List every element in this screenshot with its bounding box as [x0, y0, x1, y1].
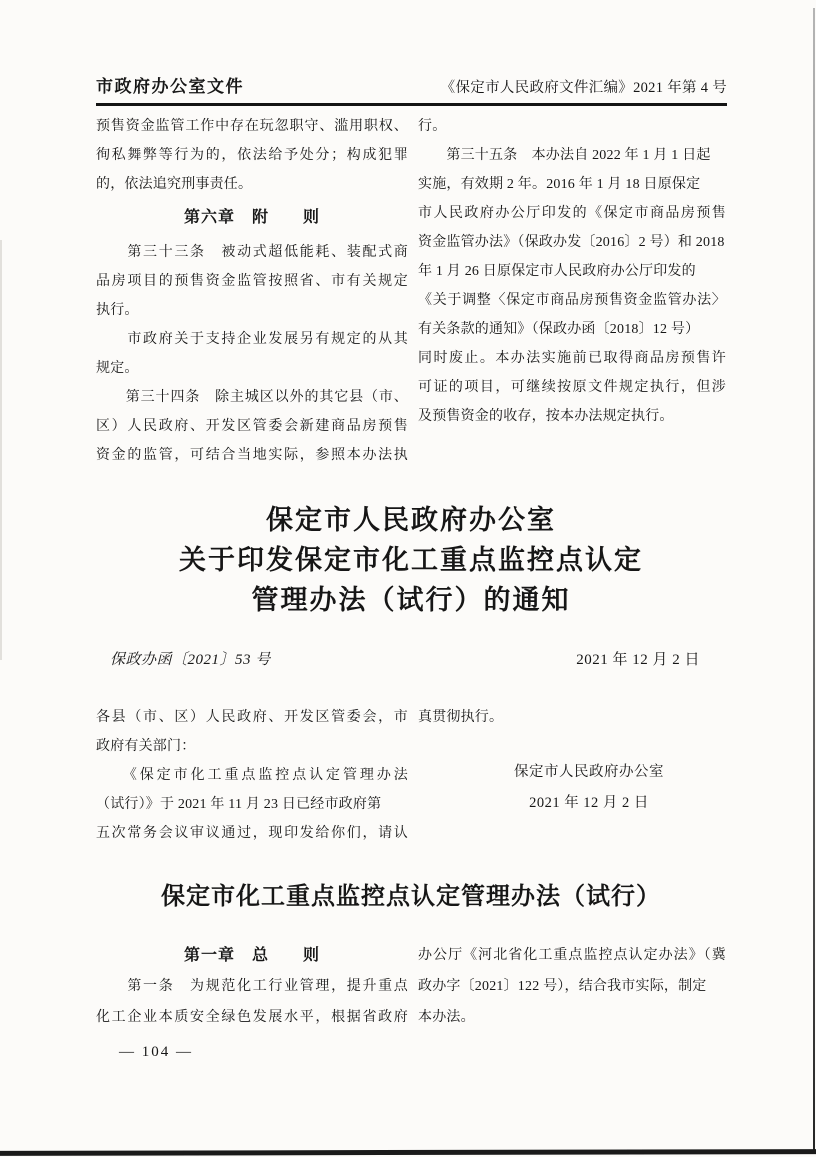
page-header: 市政府办公室文件 《保定市人民政府文件汇编》2021 年第 4 号	[96, 72, 727, 106]
text-line: 第三十五条 本办法自 2022 年 1 月 1 日起	[418, 141, 726, 170]
text-line: 区）人民政府、开发区管委会新建商品房预售	[96, 412, 408, 441]
signature-name: 保定市人民政府办公室	[452, 757, 726, 788]
text-line: 预售资金监管工作中存在玩忽职守、滥用职权、	[96, 112, 408, 141]
chapter-heading: 第一章 总 则	[96, 940, 408, 971]
text-line: 及预售资金的收存，按本办法规定执行。	[418, 402, 726, 431]
scan-edge-right	[813, 8, 816, 1152]
prev-doc-left-column: 预售资金监管工作中存在玩忽职守、滥用职权、徇私舞弊等行为的，依法给予处分；构成犯…	[96, 112, 408, 470]
text-line: 第三十四条 除主城区以外的其它县（市、	[96, 383, 408, 412]
measures-right-column: 办公厅《河北省化工重点监控点认定办法》（冀政办字〔2021〕122 号），结合我…	[418, 940, 726, 1033]
text-line: 各县（市、区）人民政府、开发区管委会，市	[96, 703, 408, 732]
signature-block: 保定市人民政府办公室 2021 年 12 月 2 日	[418, 757, 726, 819]
text-line: 化工企业本质安全绿色发展水平，根据省政府	[96, 1002, 408, 1033]
measures-body: 第一章 总 则 第一条 为规范化工行业管理，提升重点化工企业本质安全绿色发展水平…	[96, 940, 726, 1033]
signature-date: 2021 年 12 月 2 日	[452, 788, 726, 819]
text-line: 市人民政府办公厅印发的《保定市商品房预售	[418, 199, 726, 228]
text-line: 可证的项目，可继续按原文件规定执行，但涉	[418, 373, 726, 402]
text-line: 实施，有效期 2 年。2016 年 1 月 18 日原保定	[418, 170, 726, 199]
doc-number: 保政办函〔2021〕53 号	[110, 648, 271, 669]
measures-title: 保定市化工重点监控点认定管理办法（试行）	[96, 876, 726, 911]
text-line: 有关条款的通知》（保政办函〔2018〕12 号）	[418, 315, 726, 344]
doc-reference-row: 保政办函〔2021〕53 号 2021 年 12 月 2 日	[96, 648, 726, 669]
text-line: 执行。	[96, 296, 408, 325]
text-line: 五次常务会议审议通过，现印发给你们，请认	[96, 819, 408, 848]
text-line: 第一条 为规范化工行业管理，提升重点	[96, 971, 408, 1002]
text-line: （试行）》于 2021 年 11 月 23 日已经市政府第	[96, 790, 408, 819]
notice-right-column: 真贯彻执行。 保定市人民政府办公室 2021 年 12 月 2 日	[418, 703, 726, 848]
text-line: 资金监管办法》（保政办发〔2016〕2 号）和 2018	[418, 228, 726, 257]
header-doc-category: 市政府办公室文件	[96, 72, 244, 97]
text-line: 徇私舞弊等行为的，依法给予处分；构成犯罪	[96, 141, 408, 170]
chapter-heading: 第六章 附 则	[96, 203, 408, 232]
notice-left-column: 各县（市、区）人民政府、开发区管委会，市政府有关部门： 《保定市化工重点监控点认…	[96, 703, 408, 848]
text-line: 规定。	[96, 354, 408, 383]
page-number: — 104 —	[119, 1042, 193, 1062]
measures-left-column: 第一章 总 则 第一条 为规范化工行业管理，提升重点化工企业本质安全绿色发展水平…	[96, 940, 408, 1033]
text-line: 第三十三条 被动式超低能耗、装配式商	[96, 238, 408, 267]
prev-doc-right-column: 行。 第三十五条 本办法自 2022 年 1 月 1 日起实施，有效期 2 年。…	[418, 112, 726, 470]
doc-date: 2021 年 12 月 2 日	[576, 648, 700, 669]
text-line: 的，依法追究刑事责任。	[96, 170, 408, 199]
text-line: 年 1 月 26 日原保定市人民政府办公厅印发的	[418, 257, 726, 286]
notice-title-line-1: 保定市人民政府办公室	[96, 500, 726, 540]
text-line: 政府有关部门：	[96, 732, 408, 761]
scan-edge-left	[0, 240, 2, 660]
text-line: 资金的监管，可结合当地实际，参照本办法执	[96, 441, 408, 470]
text-line: 本办法。	[418, 1002, 726, 1033]
text-line: 办公厅《河北省化工重点监控点认定办法》（冀	[418, 940, 726, 971]
scan-edge-bottom	[0, 1149, 816, 1156]
text-line: 真贯彻执行。	[418, 703, 726, 732]
notice-title-line-3: 管理办法（试行）的通知	[96, 580, 726, 620]
prev-document-body: 预售资金监管工作中存在玩忽职守、滥用职权、徇私舞弊等行为的，依法给予处分；构成犯…	[96, 112, 726, 470]
text-line: 《保定市化工重点监控点认定管理办法	[96, 761, 408, 790]
text-line: 市政府关于支持企业发展另有规定的从其	[96, 325, 408, 354]
header-compilation-ref: 《保定市人民政府文件汇编》2021 年第 4 号	[441, 76, 727, 97]
text-line: 政办字〔2021〕122 号），结合我市实际，制定	[418, 971, 726, 1002]
text-line: 行。	[418, 112, 726, 141]
text-line: 同时废止。本办法实施前已取得商品房预售许	[418, 344, 726, 373]
notice-right-lines: 真贯彻执行。	[418, 703, 726, 732]
notice-body: 各县（市、区）人民政府、开发区管委会，市政府有关部门： 《保定市化工重点监控点认…	[96, 703, 726, 848]
text-line: 品房项目的预售资金监管按照省、市有关规定	[96, 267, 408, 296]
notice-title: 保定市人民政府办公室 关于印发保定市化工重点监控点认定 管理办法（试行）的通知	[96, 500, 726, 620]
notice-title-line-2: 关于印发保定市化工重点监控点认定	[96, 540, 726, 580]
text-line: 《关于调整〈保定市商品房预售资金监管办法〉	[418, 286, 726, 315]
